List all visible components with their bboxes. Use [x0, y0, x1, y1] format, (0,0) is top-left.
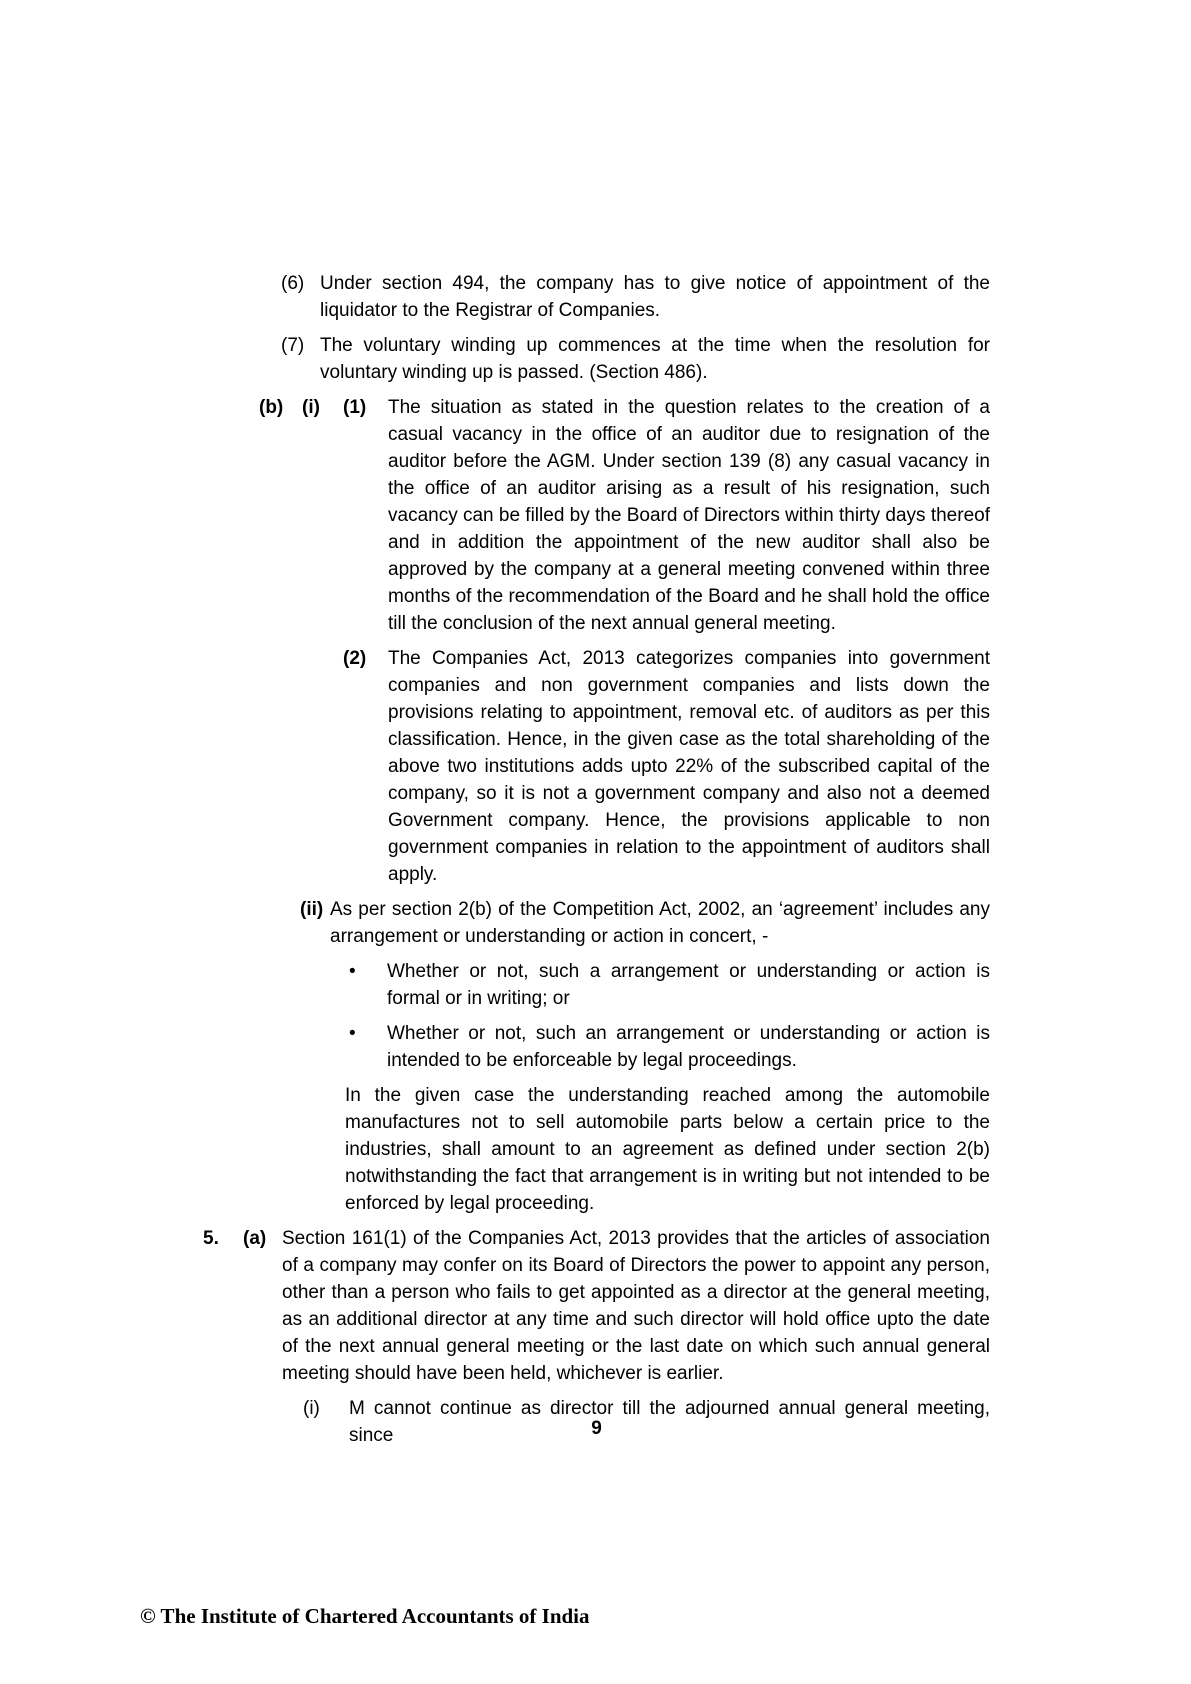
bullet-icon: •: [349, 958, 387, 985]
bullet-item-2-text: Whether or not, such an arrangement or u…: [387, 1020, 990, 1074]
label-b: (b): [259, 394, 302, 421]
list-item-7-text: The voluntary winding up commences at th…: [320, 332, 990, 386]
label-1: (1): [343, 394, 388, 421]
answer-b-ii: (ii) As per section 2(b) of the Competit…: [300, 896, 1191, 950]
list-item-6: (6) Under section 494, the company has t…: [281, 270, 1191, 324]
bullet-item-1-text: Whether or not, such a arrangement or un…: [387, 958, 990, 1012]
answer-b-i-2-text: The Companies Act, 2013 categorizes comp…: [388, 645, 990, 888]
list-item-7: (7) The voluntary winding up commences a…: [281, 332, 1191, 386]
page-content: (6) Under section 494, the company has t…: [0, 270, 1191, 1457]
label-ii: (ii): [300, 896, 330, 923]
copyright-footer: © The Institute of Chartered Accountants…: [140, 1604, 590, 1629]
answer-5-a-text: Section 161(1) of the Companies Act, 201…: [282, 1225, 990, 1387]
conclusion-text: In the given case the understanding reac…: [345, 1082, 990, 1217]
label-a: (a): [243, 1225, 282, 1252]
bullet-item-2: • Whether or not, such an arrangement or…: [349, 1020, 1191, 1074]
answer-b-ii-text: As per section 2(b) of the Competition A…: [330, 896, 990, 950]
bullet-item-1: • Whether or not, such a arrangement or …: [349, 958, 1191, 1012]
page-number: 9: [203, 1418, 990, 1440]
list-item-7-marker: (7): [281, 332, 320, 359]
conclusion-paragraph: In the given case the understanding reac…: [345, 1082, 1191, 1217]
label-5: 5.: [203, 1225, 243, 1252]
answer-b-i-2: (2) The Companies Act, 2013 categorizes …: [343, 645, 1191, 888]
label-i: (i): [302, 394, 343, 421]
bullet-icon: •: [349, 1020, 387, 1047]
document-page: (6) Under section 494, the company has t…: [0, 0, 1191, 1684]
answer-5-a: 5. (a) Section 161(1) of the Companies A…: [203, 1225, 1191, 1387]
answer-b-i-1: (b) (i) (1) The situation as stated in t…: [259, 394, 1191, 637]
list-item-6-marker: (6): [281, 270, 320, 297]
label-2: (2): [343, 645, 388, 672]
answer-b-i-1-text: The situation as stated in the question …: [388, 394, 990, 637]
list-item-6-text: Under section 494, the company has to gi…: [320, 270, 990, 324]
